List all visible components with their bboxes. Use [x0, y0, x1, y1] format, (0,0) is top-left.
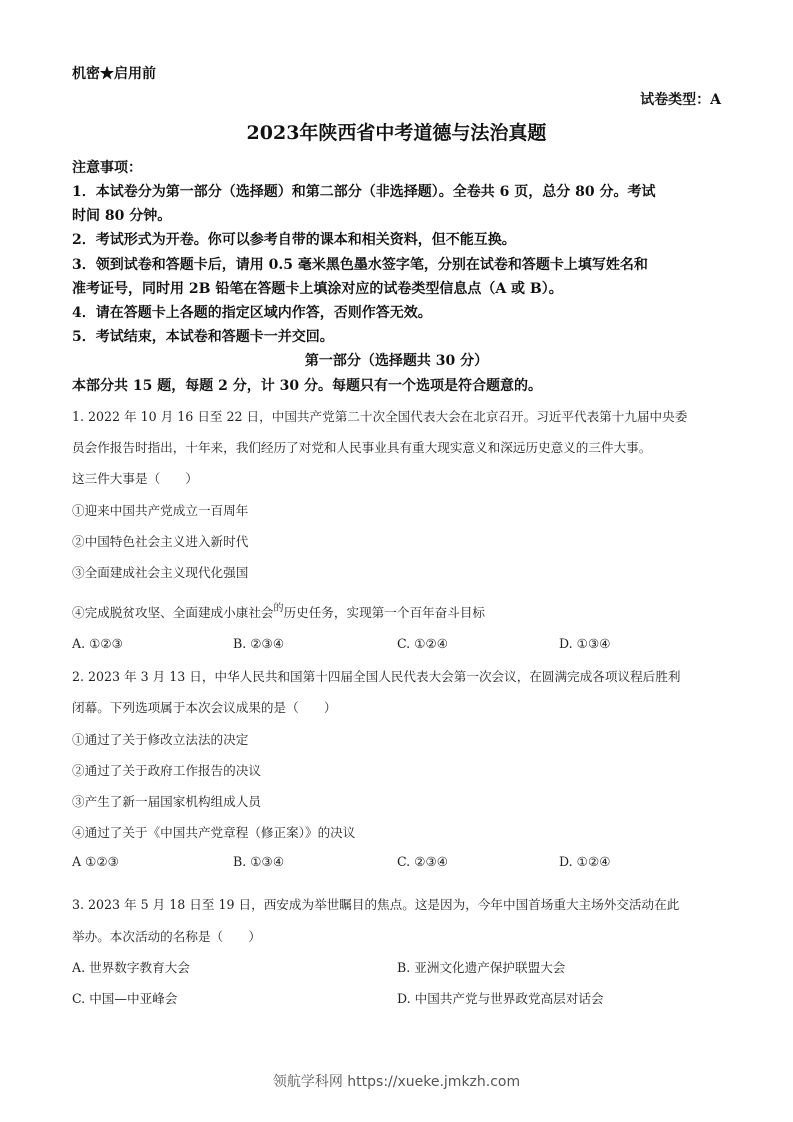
option-b[interactable]: B. ①③④: [233, 854, 284, 869]
question-2-statement: ①通过了关于修改立法法的决定: [72, 729, 248, 748]
option-c[interactable]: C. 中国—中亚峰会: [72, 988, 177, 1007]
option-a[interactable]: A. ①②③: [72, 636, 123, 651]
question-1-line: 1. 2022 年 10 月 16 日至 22 日，中国共产党第二十次全国代表大…: [72, 406, 687, 425]
option-b[interactable]: B. 亚洲文化遗产保护联盟大会: [397, 957, 565, 976]
question-1-line: 这三件大事是（ ）: [72, 468, 198, 487]
question-2-statement: ④通过了关于《中国共产党章程（修正案）》的决议: [72, 822, 355, 841]
notice-line: 1．本试卷分为第一部分（选择题）和第二部分（非选择题）。全卷共 6 页，总分 8…: [72, 180, 655, 204]
statement-text: 的: [274, 603, 284, 614]
notice-line: 2．考试形式为开卷。你可以参考自带的课本和相关资料，但不能互换。: [72, 228, 516, 252]
option-a[interactable]: A ①②③: [72, 854, 119, 869]
notice-line: 3．领到试卷和答题卡后，请用 0.5 毫米黑色墨水签字笔，分别在试卷和答题卡上填…: [72, 253, 648, 277]
option-c[interactable]: C. ②③④: [397, 854, 448, 869]
option-b[interactable]: B. ②③④: [233, 636, 284, 651]
notice-line: 5．考试结束，本试卷和答题卡一并交回。: [72, 325, 334, 349]
notice-heading: 注意事项：: [72, 156, 142, 180]
confidential-label: 机密★启用前: [72, 63, 156, 83]
option-c[interactable]: C. ①②④: [397, 636, 448, 651]
page-title: 2023年陕西省中考道德与法治真题: [0, 118, 793, 145]
question-1-statement: ③全面建成社会主义现代化强国: [72, 562, 248, 581]
question-3-line: 举办。本次活动的名称是（ ）: [72, 926, 261, 945]
watermark-footer: 领航学科网 https://xueke.jmkzh.com: [0, 1071, 793, 1091]
question-1-statement: ②中国特色社会主义进入新时代: [72, 531, 248, 550]
question-1-statement: ④完成脱贫攻坚、全面建成小康社会的历史任务，实现第一个百年奋斗目标: [72, 599, 485, 621]
question-2-statement: ②通过了关于政府工作报告的决议: [72, 760, 261, 779]
notice-line: 4．请在答题卡上各题的指定区域内作答，否则作答无效。: [72, 301, 432, 325]
question-2-line: 2. 2023 年 3 月 13 日，中华人民共和国第十四届全国人民代表大会第一…: [72, 666, 680, 685]
question-3-line: 3. 2023 年 5 月 18 日至 19 日，西安成为举世瞩目的焦点。这是因…: [72, 894, 679, 913]
question-2-line: 闭幕。下列选项属于本次会议成果的是（ ）: [72, 697, 336, 716]
option-d[interactable]: D. ①③④: [559, 636, 611, 651]
option-d[interactable]: D. 中国共产党与世界政党高层对话会: [397, 988, 604, 1007]
option-d[interactable]: D. ①②④: [559, 854, 611, 869]
question-2-statement: ③产生了新一届国家机构组成人员: [72, 791, 261, 810]
section-instruction: 本部分共 15 题，每题 2 分，计 30 分。每题只有一个选项是符合题意的。: [72, 374, 542, 398]
section-title: 第一部分（选择题共 30 分）: [0, 350, 793, 370]
question-1-line: 员会作报告时指出，十年来，我们经历了对党和人民事业具有重大现实意义和深远历史意义…: [72, 437, 651, 456]
option-a[interactable]: A. 世界数字教育大会: [72, 957, 190, 976]
paper-type-label: 试卷类型：A: [640, 89, 721, 109]
statement-text: 历史任务，实现第一个百年奋斗目标: [284, 605, 486, 620]
question-1-statement: ①迎来中国共产党成立一百周年: [72, 500, 248, 519]
notice-line: 准考证号，同时用 2B 铅笔在答题卡上填涂对应的试卷类型信息点（A 或 B）。: [72, 277, 563, 301]
statement-text: ④完成脱贫攻坚、全面建成小康社会: [72, 605, 274, 620]
notice-line: 时间 80 分钟。: [72, 204, 171, 228]
